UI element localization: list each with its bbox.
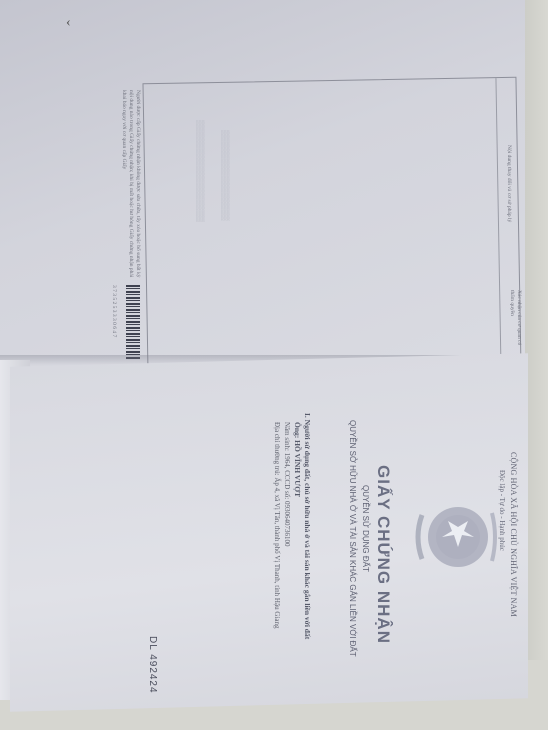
pen-mark: ‹	[66, 15, 71, 31]
owner-name: Ông: HỒ VĨNH VƯỢT	[293, 422, 302, 497]
owner-details: Năm sinh: 1964, CCCD số: 0930640736100	[283, 422, 291, 546]
certificate-title: GIẤY CHỨNG NHẬN	[373, 465, 393, 644]
national-header: CỘNG HÒA XÃ HỘI CHỦ NGHĨA VIỆT NAM	[509, 452, 518, 617]
section-1-heading: I. Người sử dụng đất, chủ sở hữu nhà ở v…	[303, 413, 312, 639]
certificate-subtitle-land-use: QUYỀN SỬ DỤNG ĐẤT	[361, 485, 370, 572]
national-emblem-icon	[410, 495, 500, 580]
owner-address: Địa chỉ thường trú: Ấp 4, xã Vị Tân, thà…	[273, 422, 281, 628]
serial-number: DL 492424	[147, 636, 158, 694]
faint-bleed-through-text: ▒▒▒▒▒▒▒▒▒▒▒▒▒▒▒▒	[221, 130, 230, 221]
barcode-icon	[126, 285, 140, 360]
changes-column-header: Nội dung thay đổi và cơ sở pháp lý	[506, 145, 512, 222]
certificate-subtitle-ownership: QUYỀN SỞ HỮU NHÀ Ở VÀ TÀI SẢN KHÁC GẮN L…	[348, 420, 357, 657]
table-column-divider	[495, 78, 501, 368]
footer-note: Người được cấp Giấy chứng nhận không đượ…	[120, 90, 141, 280]
confirmation-column-header: Xác nhận của cơ quan có thẩm quyền	[508, 290, 522, 350]
barcode-number: 3 7 3 5 2 5 3 3 3 0 6 4 7	[111, 285, 117, 337]
faint-bleed-through-text: ▒▒▒▒▒▒▒▒▒▒▒▒▒▒▒▒▒▒	[196, 120, 205, 222]
